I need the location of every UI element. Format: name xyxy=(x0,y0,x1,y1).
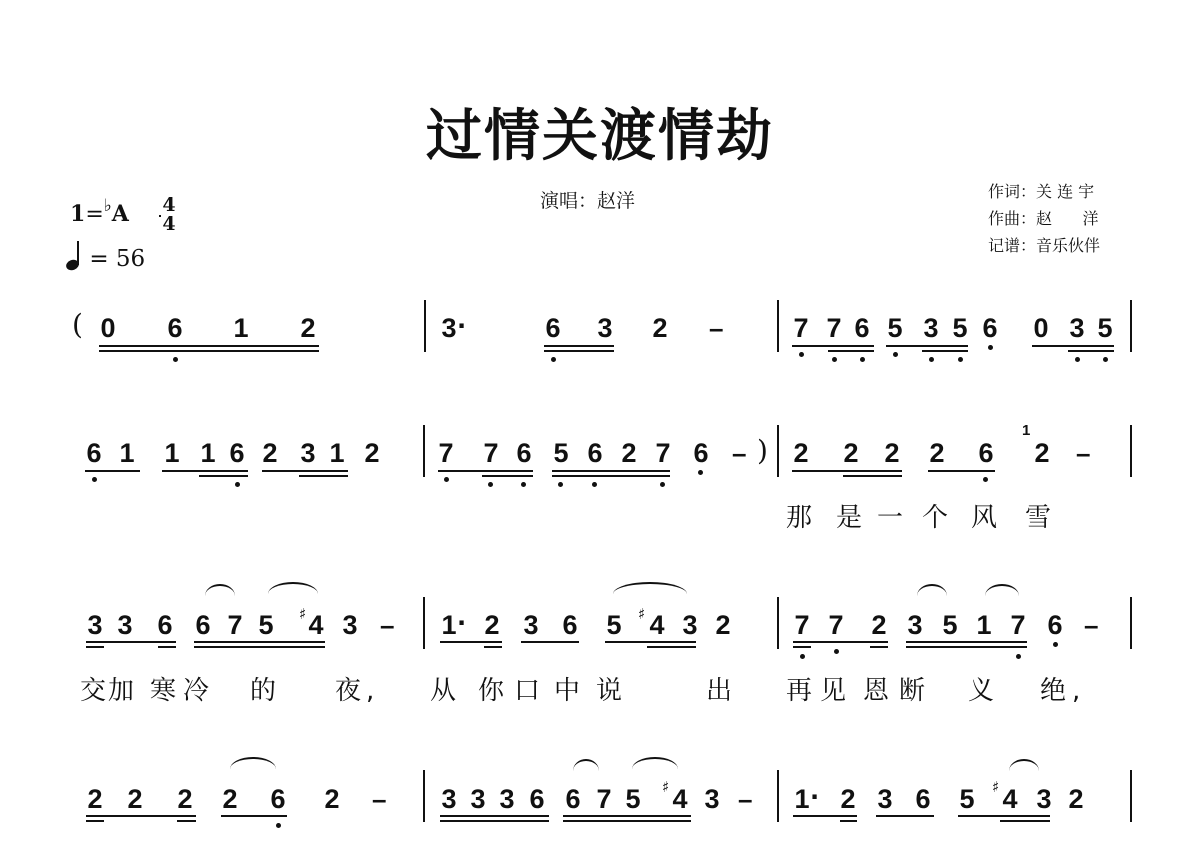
note: 1 xyxy=(115,438,139,468)
dash: – xyxy=(1076,438,1090,469)
underline xyxy=(1068,350,1114,352)
note: 1 xyxy=(196,438,220,468)
note: 6 xyxy=(583,438,607,468)
note: 3 xyxy=(678,610,702,640)
lyric: 风 xyxy=(971,503,997,533)
note: 3 xyxy=(437,784,461,814)
barline xyxy=(1130,425,1132,477)
note: 3 xyxy=(700,784,724,814)
note: 1 xyxy=(160,438,184,468)
note: 4 xyxy=(645,610,669,640)
note: 7 xyxy=(824,610,848,640)
slur xyxy=(917,584,947,596)
note: 3 xyxy=(466,784,490,814)
note: 6 xyxy=(525,784,549,814)
slur xyxy=(613,582,687,594)
augmentation-dot: · xyxy=(457,312,466,340)
underline xyxy=(922,350,968,352)
augmentation-dot: · xyxy=(810,783,819,811)
note: 5 xyxy=(1093,313,1117,343)
low-octave-dot xyxy=(92,477,97,482)
lyric: 冷 xyxy=(183,676,209,706)
underline xyxy=(177,820,196,822)
note: 5 xyxy=(602,610,626,640)
note: 6 xyxy=(974,438,998,468)
note: 6 xyxy=(911,784,935,814)
note: 5 xyxy=(621,784,645,814)
note: 5 xyxy=(938,610,962,640)
quarter-note-icon xyxy=(66,244,82,270)
note: 6 xyxy=(850,313,874,343)
note: 2 xyxy=(836,784,860,814)
underline xyxy=(605,641,696,643)
note: 2 xyxy=(1030,438,1054,468)
dash: – xyxy=(380,610,394,641)
dash: – xyxy=(732,438,746,469)
underline xyxy=(906,646,1027,648)
key-signature: 1=♭A xyxy=(70,196,129,227)
lyricist-credit: 作词：关 连 宇 xyxy=(988,178,1100,205)
underline xyxy=(194,641,325,643)
low-octave-dot xyxy=(173,357,178,362)
underline xyxy=(928,470,995,472)
note: 7 xyxy=(790,610,814,640)
note: 3 xyxy=(873,784,897,814)
lyric: 说 xyxy=(596,676,622,706)
note: 3 xyxy=(593,313,617,343)
underline xyxy=(158,646,176,648)
key-note: A xyxy=(112,201,129,227)
underline xyxy=(792,470,902,472)
note: 2 xyxy=(1064,784,1088,814)
slur xyxy=(985,584,1019,596)
low-octave-dot xyxy=(660,482,665,487)
credits-block: 作词：关 连 宇 作曲：赵 洋 记谱：音乐伙伴 xyxy=(988,178,1100,259)
note: 2 xyxy=(218,784,242,814)
underline xyxy=(876,815,934,817)
underline xyxy=(793,646,811,648)
note: 6 xyxy=(689,438,713,468)
barline xyxy=(777,425,779,477)
underline xyxy=(86,641,176,643)
barline xyxy=(777,597,779,649)
lyric: 夜 xyxy=(335,676,361,706)
low-octave-dot xyxy=(1075,357,1080,362)
underline xyxy=(85,470,140,472)
note: 2 xyxy=(789,438,813,468)
note: 2 xyxy=(123,784,147,814)
note: 2 xyxy=(617,438,641,468)
note: 7 xyxy=(789,313,813,343)
underline xyxy=(886,345,968,347)
dash: – xyxy=(709,313,723,344)
note: 0 xyxy=(96,313,120,343)
underline xyxy=(299,475,348,477)
lyric: 绝 xyxy=(1040,676,1066,706)
barline xyxy=(777,300,779,352)
underline xyxy=(958,815,1050,817)
underline xyxy=(86,646,104,648)
key-eq: = xyxy=(85,202,103,227)
note: 4 xyxy=(304,610,328,640)
underline xyxy=(1000,820,1050,822)
low-octave-dot xyxy=(488,482,493,487)
lyric: 你 xyxy=(478,676,504,706)
tempo-marking: = 56 xyxy=(66,244,145,272)
note: 1 xyxy=(229,313,253,343)
note: 2 xyxy=(648,313,672,343)
lyric: 是 xyxy=(836,503,862,533)
underline xyxy=(792,345,874,347)
note: 2 xyxy=(925,438,949,468)
note: 6 xyxy=(225,438,249,468)
low-octave-dot xyxy=(800,654,805,659)
note: 7 xyxy=(651,438,675,468)
lyric: 交 xyxy=(80,676,106,706)
note: 2 xyxy=(880,438,904,468)
lyric: 出 xyxy=(706,676,732,706)
low-octave-dot xyxy=(592,482,597,487)
underline xyxy=(906,641,1027,643)
note: 6 xyxy=(82,438,106,468)
barline xyxy=(1130,597,1132,649)
augmentation-dot: · xyxy=(457,609,466,637)
underline xyxy=(162,470,248,472)
barline xyxy=(1130,300,1132,352)
underline xyxy=(221,815,287,817)
barline xyxy=(423,770,425,822)
composer-credit: 作曲：赵 洋 xyxy=(988,205,1100,232)
note: 2 xyxy=(320,784,344,814)
low-octave-dot xyxy=(929,357,934,362)
underline xyxy=(438,470,533,472)
dash: – xyxy=(1084,610,1098,641)
lyric: 再 xyxy=(786,676,812,706)
note: 3 xyxy=(1032,784,1056,814)
low-octave-dot xyxy=(1103,357,1108,362)
slur xyxy=(1009,759,1039,771)
note: 7 xyxy=(223,610,247,640)
note: 3 xyxy=(296,438,320,468)
note: 7 xyxy=(822,313,846,343)
underline xyxy=(544,350,614,352)
note: 2 xyxy=(867,610,891,640)
note: 3 xyxy=(519,610,543,640)
low-octave-dot xyxy=(698,470,703,475)
note: 7 xyxy=(592,784,616,814)
lyric: 恩 xyxy=(863,676,889,706)
lyric: 加 xyxy=(108,676,134,706)
underline xyxy=(99,350,319,352)
barline xyxy=(423,597,425,649)
underline xyxy=(199,475,248,477)
note: 5 xyxy=(254,610,278,640)
underline xyxy=(262,470,348,472)
low-octave-dot xyxy=(834,649,839,654)
low-octave-dot xyxy=(958,357,963,362)
note: 1 xyxy=(972,610,996,640)
barline xyxy=(777,770,779,822)
underline xyxy=(440,641,502,643)
note: 4 xyxy=(668,784,692,814)
low-octave-dot xyxy=(983,477,988,482)
note: 6 xyxy=(541,313,565,343)
low-octave-dot xyxy=(1016,654,1021,659)
low-octave-dot xyxy=(799,352,804,357)
underline xyxy=(194,646,325,648)
lyric: 口 xyxy=(514,676,540,706)
slur xyxy=(230,757,276,769)
time-signature: 4 4 xyxy=(158,196,180,234)
transcriber-credit: 记谱：音乐伙伴 xyxy=(988,232,1100,259)
lyric: 那 xyxy=(786,503,812,533)
tempo-eq: = xyxy=(89,246,108,272)
dash: – xyxy=(738,784,752,815)
underline xyxy=(563,820,691,822)
underline xyxy=(552,470,670,472)
note: 6 xyxy=(512,438,536,468)
note: 6 xyxy=(163,313,187,343)
underline xyxy=(552,475,670,477)
barline xyxy=(1130,770,1132,822)
note: 6 xyxy=(558,610,582,640)
note: 3 xyxy=(83,610,107,640)
low-octave-dot xyxy=(860,357,865,362)
low-octave-dot xyxy=(235,482,240,487)
repeat-paren-close: ) xyxy=(757,434,768,467)
underline xyxy=(544,345,614,347)
note: 4 xyxy=(998,784,1022,814)
note: 6 xyxy=(978,313,1002,343)
time-sig-bottom: 4 xyxy=(158,215,180,234)
note: 2 xyxy=(480,610,504,640)
lyric: 一 xyxy=(877,503,903,533)
note: 2 xyxy=(839,438,863,468)
low-octave-dot xyxy=(988,345,993,350)
underline xyxy=(482,475,533,477)
barline xyxy=(424,300,426,352)
slur xyxy=(632,757,678,769)
low-octave-dot xyxy=(551,357,556,362)
note: 5 xyxy=(955,784,979,814)
note: 2 xyxy=(711,610,735,640)
note: 7 xyxy=(1006,610,1030,640)
note: 2 xyxy=(296,313,320,343)
note: 0 xyxy=(1029,313,1053,343)
note: 2 xyxy=(360,438,384,468)
note: 1 xyxy=(325,438,349,468)
lyric: 雪 xyxy=(1025,503,1051,533)
underline xyxy=(99,345,319,347)
lyric: 断 xyxy=(899,676,925,706)
underline xyxy=(440,820,549,822)
low-octave-dot xyxy=(1053,642,1058,647)
underline xyxy=(840,820,857,822)
low-octave-dot xyxy=(832,357,837,362)
underline xyxy=(870,646,888,648)
note: 2 xyxy=(258,438,282,468)
underline xyxy=(793,641,888,643)
slur xyxy=(205,584,235,596)
key-tonic: 1 xyxy=(70,201,85,227)
note: 5 xyxy=(549,438,573,468)
note: 3 xyxy=(113,610,137,640)
note: 6 xyxy=(561,784,585,814)
lyric: 的 xyxy=(250,676,276,706)
note: 3 xyxy=(495,784,519,814)
flat-icon: ♭ xyxy=(104,196,112,216)
tempo-bpm: 56 xyxy=(116,246,145,272)
lyric: , xyxy=(1072,676,1080,706)
underline xyxy=(793,815,857,817)
note: 2 xyxy=(83,784,107,814)
dash: – xyxy=(372,784,386,815)
underline xyxy=(484,646,502,648)
singer-credit: 演唱：赵洋 xyxy=(540,186,635,213)
note: 2 xyxy=(173,784,197,814)
grace-note: 1 xyxy=(1022,422,1030,439)
note: 3 xyxy=(338,610,362,640)
note: 3 xyxy=(1065,313,1089,343)
note: 3 xyxy=(919,313,943,343)
note: 5 xyxy=(883,313,907,343)
barline xyxy=(423,425,425,477)
lyric: 见 xyxy=(820,676,846,706)
low-octave-dot xyxy=(893,352,898,357)
underline xyxy=(86,820,104,822)
underline xyxy=(843,475,902,477)
underline xyxy=(1032,345,1114,347)
song-title: 过情关渡情劫 xyxy=(0,92,1200,172)
note: 3 xyxy=(903,610,927,640)
underline xyxy=(563,815,691,817)
underline xyxy=(521,641,579,643)
note: 7 xyxy=(434,438,458,468)
underline xyxy=(440,815,549,817)
note: 7 xyxy=(479,438,503,468)
lyric: 寒 xyxy=(150,676,176,706)
low-octave-dot xyxy=(558,482,563,487)
note: 6 xyxy=(1043,610,1067,640)
low-octave-dot xyxy=(521,482,526,487)
underline xyxy=(86,815,196,817)
lyric: 中 xyxy=(554,676,580,706)
lyric: 从 xyxy=(430,676,456,706)
repeat-paren-open: ( xyxy=(72,308,83,341)
lyric: 个 xyxy=(922,503,948,533)
note: 6 xyxy=(191,610,215,640)
underline xyxy=(828,350,874,352)
note: 6 xyxy=(153,610,177,640)
lyric: , xyxy=(366,676,374,706)
note: 6 xyxy=(266,784,290,814)
note: 5 xyxy=(948,313,972,343)
underline xyxy=(647,646,696,648)
slur xyxy=(573,759,599,771)
low-octave-dot xyxy=(276,823,281,828)
lyric: 义 xyxy=(968,676,994,706)
slur xyxy=(268,582,318,594)
low-octave-dot xyxy=(444,477,449,482)
